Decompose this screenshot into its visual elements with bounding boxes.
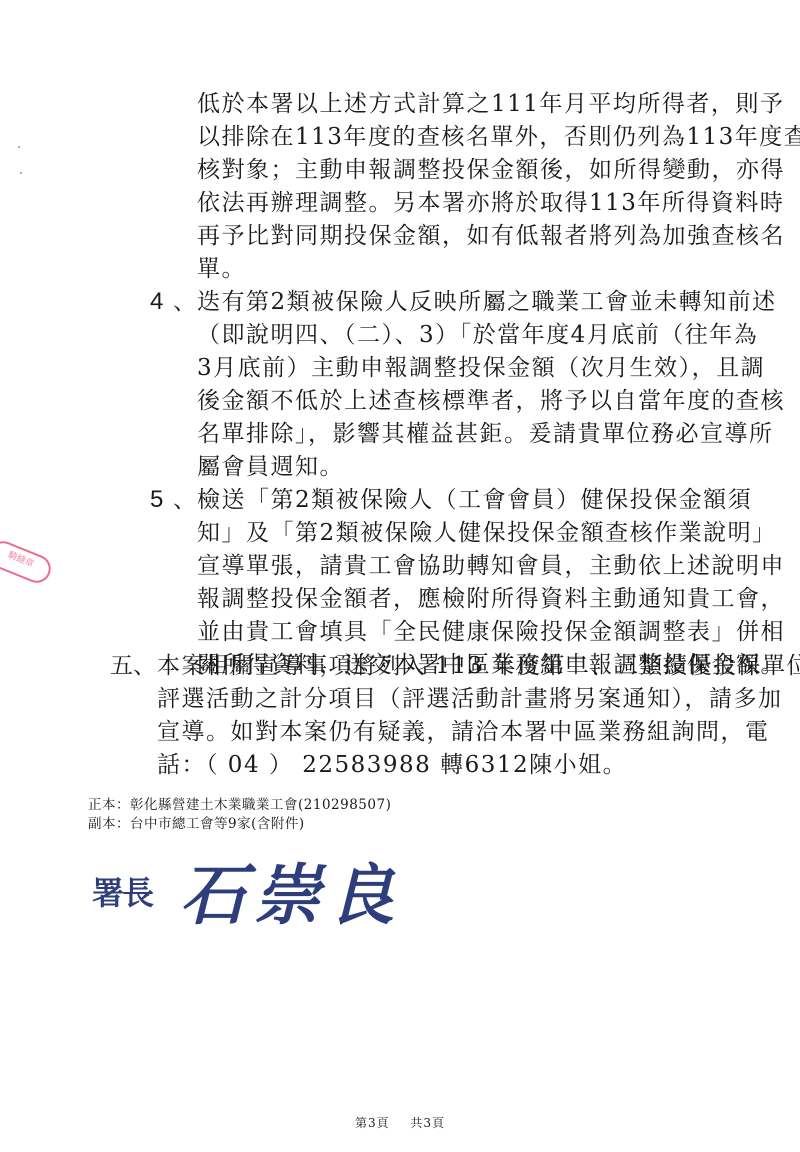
primary-recipient: 正本：彰化縣營建土木業職業工會(210298507)	[88, 796, 391, 815]
text-line: 核對象；主動申報調整投保金額後，如所得變動，亦得	[197, 154, 785, 186]
text-line: 本案相關宣導事項將列入 113 年度第二、三類績優投保單位	[157, 650, 800, 682]
text-line: 屬會員週知。	[197, 451, 344, 483]
text-line: 檢送「第2類被保險人（工會會員）健保投保金額須	[197, 484, 752, 516]
text-line: 再予比對同期投保金額，如有低報者將列為加強查核名	[197, 220, 785, 252]
item-number: 5	[150, 484, 163, 516]
text-line: 依法再辦理調整。另本署亦將於取得113年所得資料時	[197, 187, 784, 219]
text-line: 知」及「第2類被保險人健保投保金額查核作業說明」	[197, 517, 777, 549]
text-line: 3月底前）主動申報調整投保金額（次月生效），且調	[197, 352, 765, 384]
text-line: 報調整投保金額者，應檢附所得資料主動通知貴工會，	[197, 583, 785, 615]
page-total: 共3頁	[410, 1116, 445, 1130]
copy-recipient: 副本：台中市總工會等9家(含附件)	[88, 815, 305, 834]
seal-stamp: 騎縫章	[0, 537, 55, 587]
text-line: 話：（ 04 ） 22583988 轉6312陳小姐。	[157, 749, 627, 781]
text-line: 單。	[197, 253, 246, 285]
item-number: 4	[150, 286, 163, 318]
item-separator: 、	[173, 286, 196, 318]
item-separator: 、	[173, 484, 196, 516]
page-number: 第3頁	[355, 1116, 390, 1130]
text-line: 以排除在113年度的查核名單外，否則仍列為113年度查	[197, 121, 800, 153]
signature-title: 署長	[92, 868, 152, 914]
text-line: 低於本署以上述方式計算之111年月平均所得者，則予	[197, 88, 784, 120]
section-number: 五、	[110, 650, 156, 682]
text-line: 宣導。如對本案仍有疑義，請洽本署中區業務組詢問，電	[157, 716, 770, 748]
page-footer: 第3頁 共3頁	[0, 1114, 800, 1131]
signature-name: 石崇良	[180, 842, 402, 937]
text-line: （即說明四、（二）、3）「於當年度4月底前（往年為	[197, 319, 758, 351]
text-line: 後金額不低於上述查核標準者，將予以自當年度的查核	[197, 385, 785, 417]
text-line: 宣導單張，請貴工會協助轉知會員，主動依上述說明申	[197, 550, 785, 582]
text-line: 評選活動之計分項目（評選活動計畫將另案通知），請多加	[157, 683, 783, 715]
text-line: 迭有第2類被保險人反映所屬之職業工會並未轉知前述	[197, 286, 777, 318]
scan-speck	[18, 146, 20, 148]
scan-speck	[20, 172, 22, 174]
text-line: 名單排除」，影響其權益甚鉅。爰請貴單位務必宣導所	[197, 418, 774, 450]
text-line: 並由貴工會填具「全民健康保險投保金額調整表」併相	[197, 616, 785, 648]
